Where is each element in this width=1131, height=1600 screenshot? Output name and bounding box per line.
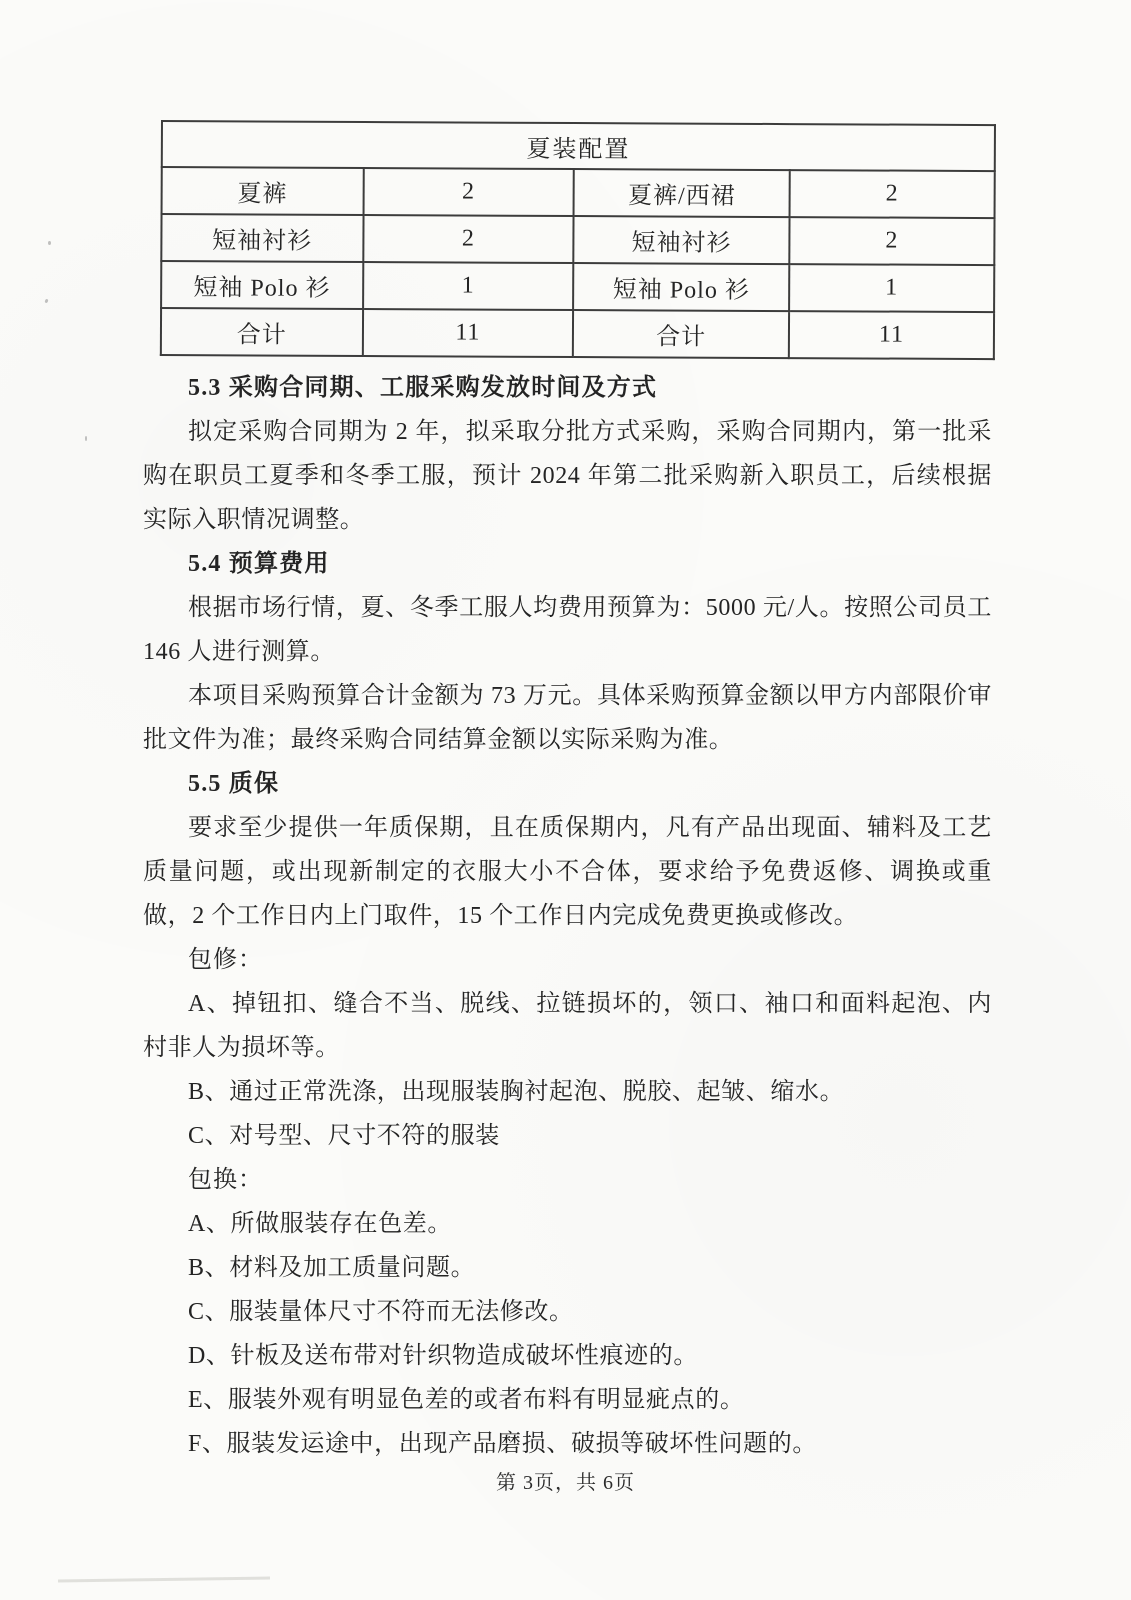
item-name-cell: 夏裤 [162, 167, 364, 215]
item-name-cell: 夏裤/西裙 [574, 169, 790, 217]
summer-clothing-config-table: 夏装配置 夏裤2夏裤/西裙2短袖衬衫2短袖衬衫2短袖 Polo 衫1短袖 Pol… [160, 120, 996, 360]
item-qty-cell: 11 [789, 311, 994, 359]
document-body: 5.3 采购合同期、工服采购发放时间及方式拟定采购合同期为 2 年，拟采取分批方… [143, 366, 992, 1466]
section-heading: 5.3 采购合同期、工服采购发放时间及方式 [143, 366, 992, 410]
section-heading: 5.5 质保 [143, 762, 992, 806]
item-name-cell: 短袖衬衫 [161, 214, 363, 262]
scan-speck [85, 436, 87, 441]
body-paragraph: C、对号型、尺寸不符的服装 [143, 1114, 992, 1158]
table-row: 夏裤2夏裤/西裙2 [162, 167, 995, 218]
summer-table-body: 夏裤2夏裤/西裙2短袖衬衫2短袖衬衫2短袖 Polo 衫1短袖 Polo 衫1合… [161, 167, 995, 359]
list-label: 包修： [143, 938, 992, 982]
section-heading: 5.4 预算费用 [143, 542, 992, 586]
item-qty-cell: 2 [363, 168, 574, 216]
list-label: 包换： [143, 1158, 992, 1202]
item-name-cell: 合计 [161, 308, 363, 356]
document-page: 夏装配置 夏裤2夏裤/西裙2短袖衬衫2短袖衬衫2短袖 Polo 衫1短袖 Pol… [0, 0, 1131, 1600]
table-title: 夏装配置 [162, 121, 995, 171]
table-row: 合计11合计11 [161, 308, 994, 359]
table-row: 短袖衬衫2短袖衬衫2 [161, 214, 994, 265]
body-paragraph: B、通过正常洗涤，出现服装胸衬起泡、脱胶、起皱、缩水。 [143, 1070, 992, 1114]
body-paragraph: 根据市场行情，夏、冬季工服人均费用预算为：5000 元/人。按照公司员工 146… [143, 586, 992, 674]
item-name-cell: 合计 [573, 310, 789, 358]
page-footer: 第 3页，共 6页 [0, 1466, 1131, 1495]
body-paragraph: B、材料及加工质量问题。 [143, 1246, 992, 1290]
item-qty-cell: 11 [362, 309, 573, 357]
body-paragraph: E、服装外观有明显色差的或者布料有明显疵点的。 [143, 1378, 992, 1422]
item-qty-cell: 2 [363, 215, 574, 263]
item-qty-cell: 1 [363, 262, 574, 310]
item-qty-cell: 2 [789, 217, 994, 265]
body-paragraph: F、服装发运途中，出现产品磨损、破损等破坏性问题的。 [143, 1422, 992, 1466]
scan-speck [48, 241, 51, 245]
scan-streak [58, 1577, 270, 1583]
body-paragraph: 要求至少提供一年质保期，且在质保期内，凡有产品出现面、辅料及工艺质量问题，或出现… [143, 806, 992, 938]
body-paragraph: A、掉钮扣、缝合不当、脱线、拉链损坏的，领口、袖口和面料起泡、内村非人为损坏等。 [143, 982, 992, 1070]
item-qty-cell: 2 [790, 170, 995, 218]
page-content: 夏装配置 夏裤2夏裤/西裙2短袖衬衫2短袖衬衫2短袖 Polo 衫1短袖 Pol… [143, 120, 992, 1466]
item-qty-cell: 1 [789, 264, 994, 312]
body-paragraph: A、所做服装存在色差。 [143, 1202, 992, 1246]
item-name-cell: 短袖 Polo 衫 [573, 263, 789, 311]
body-paragraph: 拟定采购合同期为 2 年，拟采取分批方式采购，采购合同期内，第一批采购在职员工夏… [143, 410, 992, 542]
body-paragraph: 本项目采购预算合计金额为 73 万元。具体采购预算金额以甲方内部限价审批文件为准… [143, 674, 992, 762]
table-title-row: 夏装配置 [162, 121, 995, 171]
item-name-cell: 短袖衬衫 [574, 216, 790, 264]
body-paragraph: C、服装量体尺寸不符而无法修改。 [143, 1290, 992, 1334]
body-paragraph: D、针板及送布带对针织物造成破坏性痕迹的。 [143, 1334, 992, 1378]
scan-speck [44, 299, 48, 304]
item-name-cell: 短袖 Polo 衫 [161, 261, 363, 309]
table-row: 短袖 Polo 衫1短袖 Polo 衫1 [161, 261, 994, 312]
